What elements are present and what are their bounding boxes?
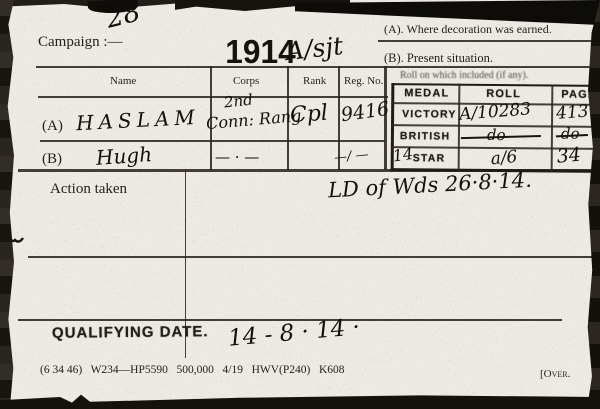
medal-roll-divider [458,84,460,172]
star-page-handwritten: 34 [556,146,582,167]
row-a-underline [40,140,385,142]
over-note: [Over. [540,369,570,380]
scan-edge-right [587,0,600,409]
header-underline [38,96,388,98]
row-b-label: (B) [42,152,62,167]
qualifying-date-handwritten: 14 - 8 · 14 · [227,316,361,350]
star-prefix-handwritten: 14 [392,146,414,165]
column-header-corps: Corps [233,76,259,87]
victory-roll-handwritten: A/10283 [459,101,532,124]
star-medal-label: STAR [413,153,446,164]
scan-edge-left [0,0,14,409]
legend-a: (A). Where decoration was earned. [384,23,552,35]
star-roll-handwritten: a/6 [490,149,518,168]
surname-handwritten: HASLAM [76,107,201,133]
roll-page-divider [551,84,553,172]
british-medal-label: BRITISH [400,131,450,142]
medal-column-header: MEDAL [404,88,449,99]
reg-no-handwritten: 9416 [340,100,391,126]
campaign-label: Campaign :— [38,35,123,50]
legend-b: (B). Present situation. [384,52,493,65]
rank-annotation-handwritten: A/sjt [285,33,344,64]
roll-column-header: ROLL [486,89,521,100]
mid-section-line [28,256,594,258]
legend-divider-line [378,40,592,42]
column-header-rank: Rank [303,76,326,87]
row-a-label: (A) [42,119,63,134]
form-print-code: (6 34 46) W234—HP5590 500,000 4/19 HWV(P… [40,365,345,377]
corps-numeral-handwritten: 2nd [223,93,253,111]
medal-index-card-scan: 28 Campaign :— 1914 A/sjt (A). Where dec… [0,0,600,409]
rank-handwritten: Cpl [289,103,328,128]
medal-roll-caption: Roll on which included (if any). [400,71,528,81]
victory-page-handwritten: 413 [556,103,590,122]
medal-roll-table: MEDAL ROLL PAGE VICTORY BRITISH STAR 14 … [391,83,600,173]
action-taken-label: Action taken [50,182,127,197]
campaign-underline [36,66,592,68]
column-header-reg-no: Reg. No. [344,76,383,87]
column-header-name: Name [110,76,136,87]
reg-no-ditto-mark: —/ — [333,148,369,165]
action-taken-note-handwritten: LD of Wds 26·8·14. [328,170,533,202]
victory-medal-label: VICTORY [402,109,457,120]
forename-handwritten: Hugh [95,144,152,168]
qualifying-date-stamp: QUALIFYING DATE. [52,324,209,341]
corps-ditto-mark: — · — [215,150,259,165]
medal-box-top-border [391,83,600,87]
scan-edge-bottom [0,393,600,409]
